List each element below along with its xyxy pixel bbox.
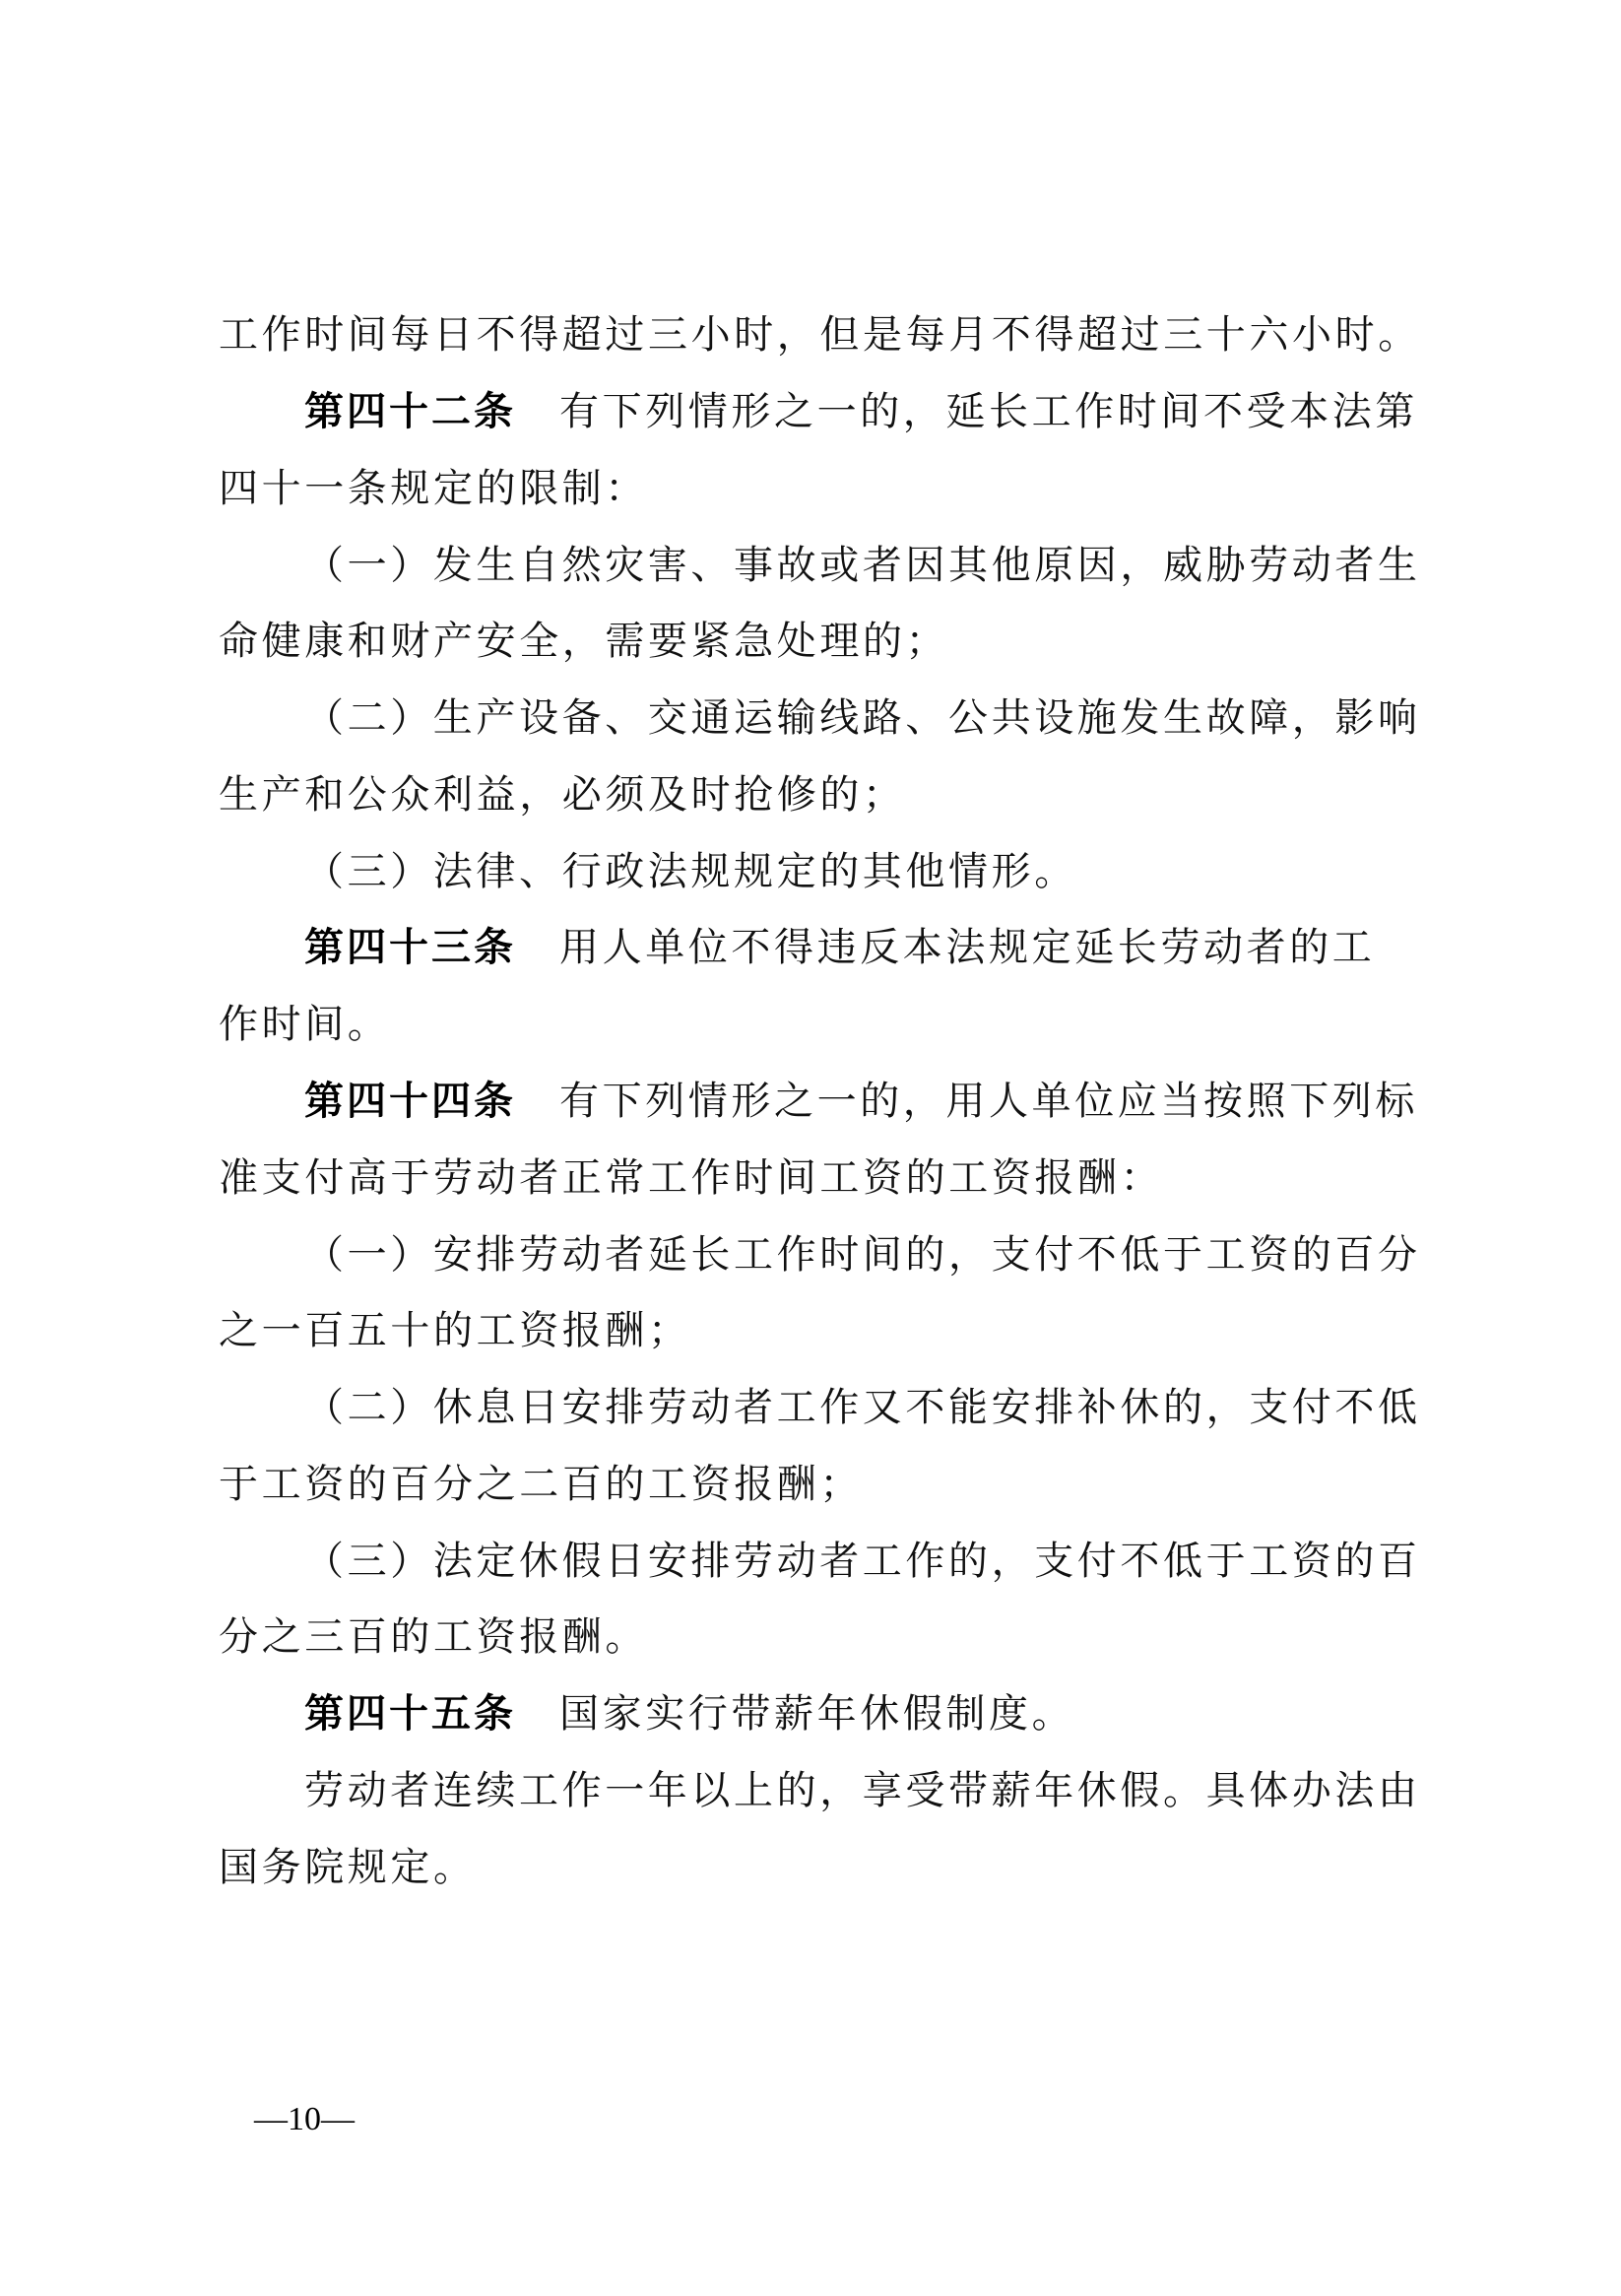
list-item-continued: 生产和公众利益，必须及时抢修的；	[219, 773, 906, 817]
body-line: 作时间。	[219, 1003, 390, 1046]
list-item: （二）生产设备、交通运输线路、公共设施发生故障，影响	[304, 696, 1421, 740]
body-line: 四十一条规定的限制：	[219, 467, 648, 510]
paragraph-line-continued: 国务院规定。	[219, 1846, 477, 1889]
article-heading: 第四十三条	[304, 925, 516, 970]
body-line: 准支付高于劳动者正常工作时间工资的工资报酬：	[219, 1156, 1163, 1200]
article-text: 用人单位不得违反本法规定延长劳动者的工	[559, 925, 1375, 970]
document-page: 工作时间每日不得超过三小时，但是每月不得超过三十六小时。 第四十二条有下列情形之…	[0, 0, 1621, 2296]
article-44-line: 第四十四条有下列情形之一的，用人单位应当按照下列标	[304, 1080, 1418, 1123]
article-43-line: 第四十三条用人单位不得违反本法规定延长劳动者的工	[304, 926, 1375, 969]
list-item-continued: 分之三百的工资报酬。	[219, 1615, 648, 1659]
article-42-line: 第四十二条有下列情形之一的，延长工作时间不受本法第	[304, 390, 1418, 433]
body-line: 工作时间每日不得超过三小时，但是每月不得超过三十六小时。	[219, 313, 1421, 357]
article-text: 国家实行带薪年休假制度。	[559, 1691, 1074, 1737]
article-text: 有下列情形之一的，延长工作时间不受本法第	[559, 389, 1418, 434]
article-heading: 第四十四条	[304, 1079, 516, 1124]
article-45-line: 第四十五条国家实行带薪年休假制度。	[304, 1692, 1074, 1736]
list-item: （二）休息日安排劳动者工作又不能安排补休的，支付不低	[304, 1386, 1421, 1429]
article-heading: 第四十二条	[304, 389, 516, 434]
list-item: （三）法定休假日安排劳动者工作的，支付不低于工资的百	[304, 1540, 1421, 1583]
list-item-continued: 命健康和财产安全，需要紧急处理的；	[219, 620, 948, 663]
list-item-continued: 于工资的百分之二百的工资报酬；	[219, 1463, 863, 1506]
list-item: （一）安排劳动者延长工作时间的，支付不低于工资的百分	[304, 1233, 1421, 1277]
page-number: —10—	[254, 2100, 355, 2139]
list-item-continued: 之一百五十的工资报酬；	[219, 1309, 691, 1352]
article-heading: 第四十五条	[304, 1691, 516, 1737]
list-item: （一）发生自然灾害、事故或者因其他原因，威胁劳动者生	[304, 544, 1421, 587]
paragraph-line: 劳动者连续工作一年以上的，享受带薪年休假。具体办法由	[304, 1769, 1421, 1812]
list-item: （三）法律、行政法规规定的其他情形。	[304, 850, 1077, 893]
article-text: 有下列情形之一的，用人单位应当按照下列标	[559, 1079, 1418, 1124]
